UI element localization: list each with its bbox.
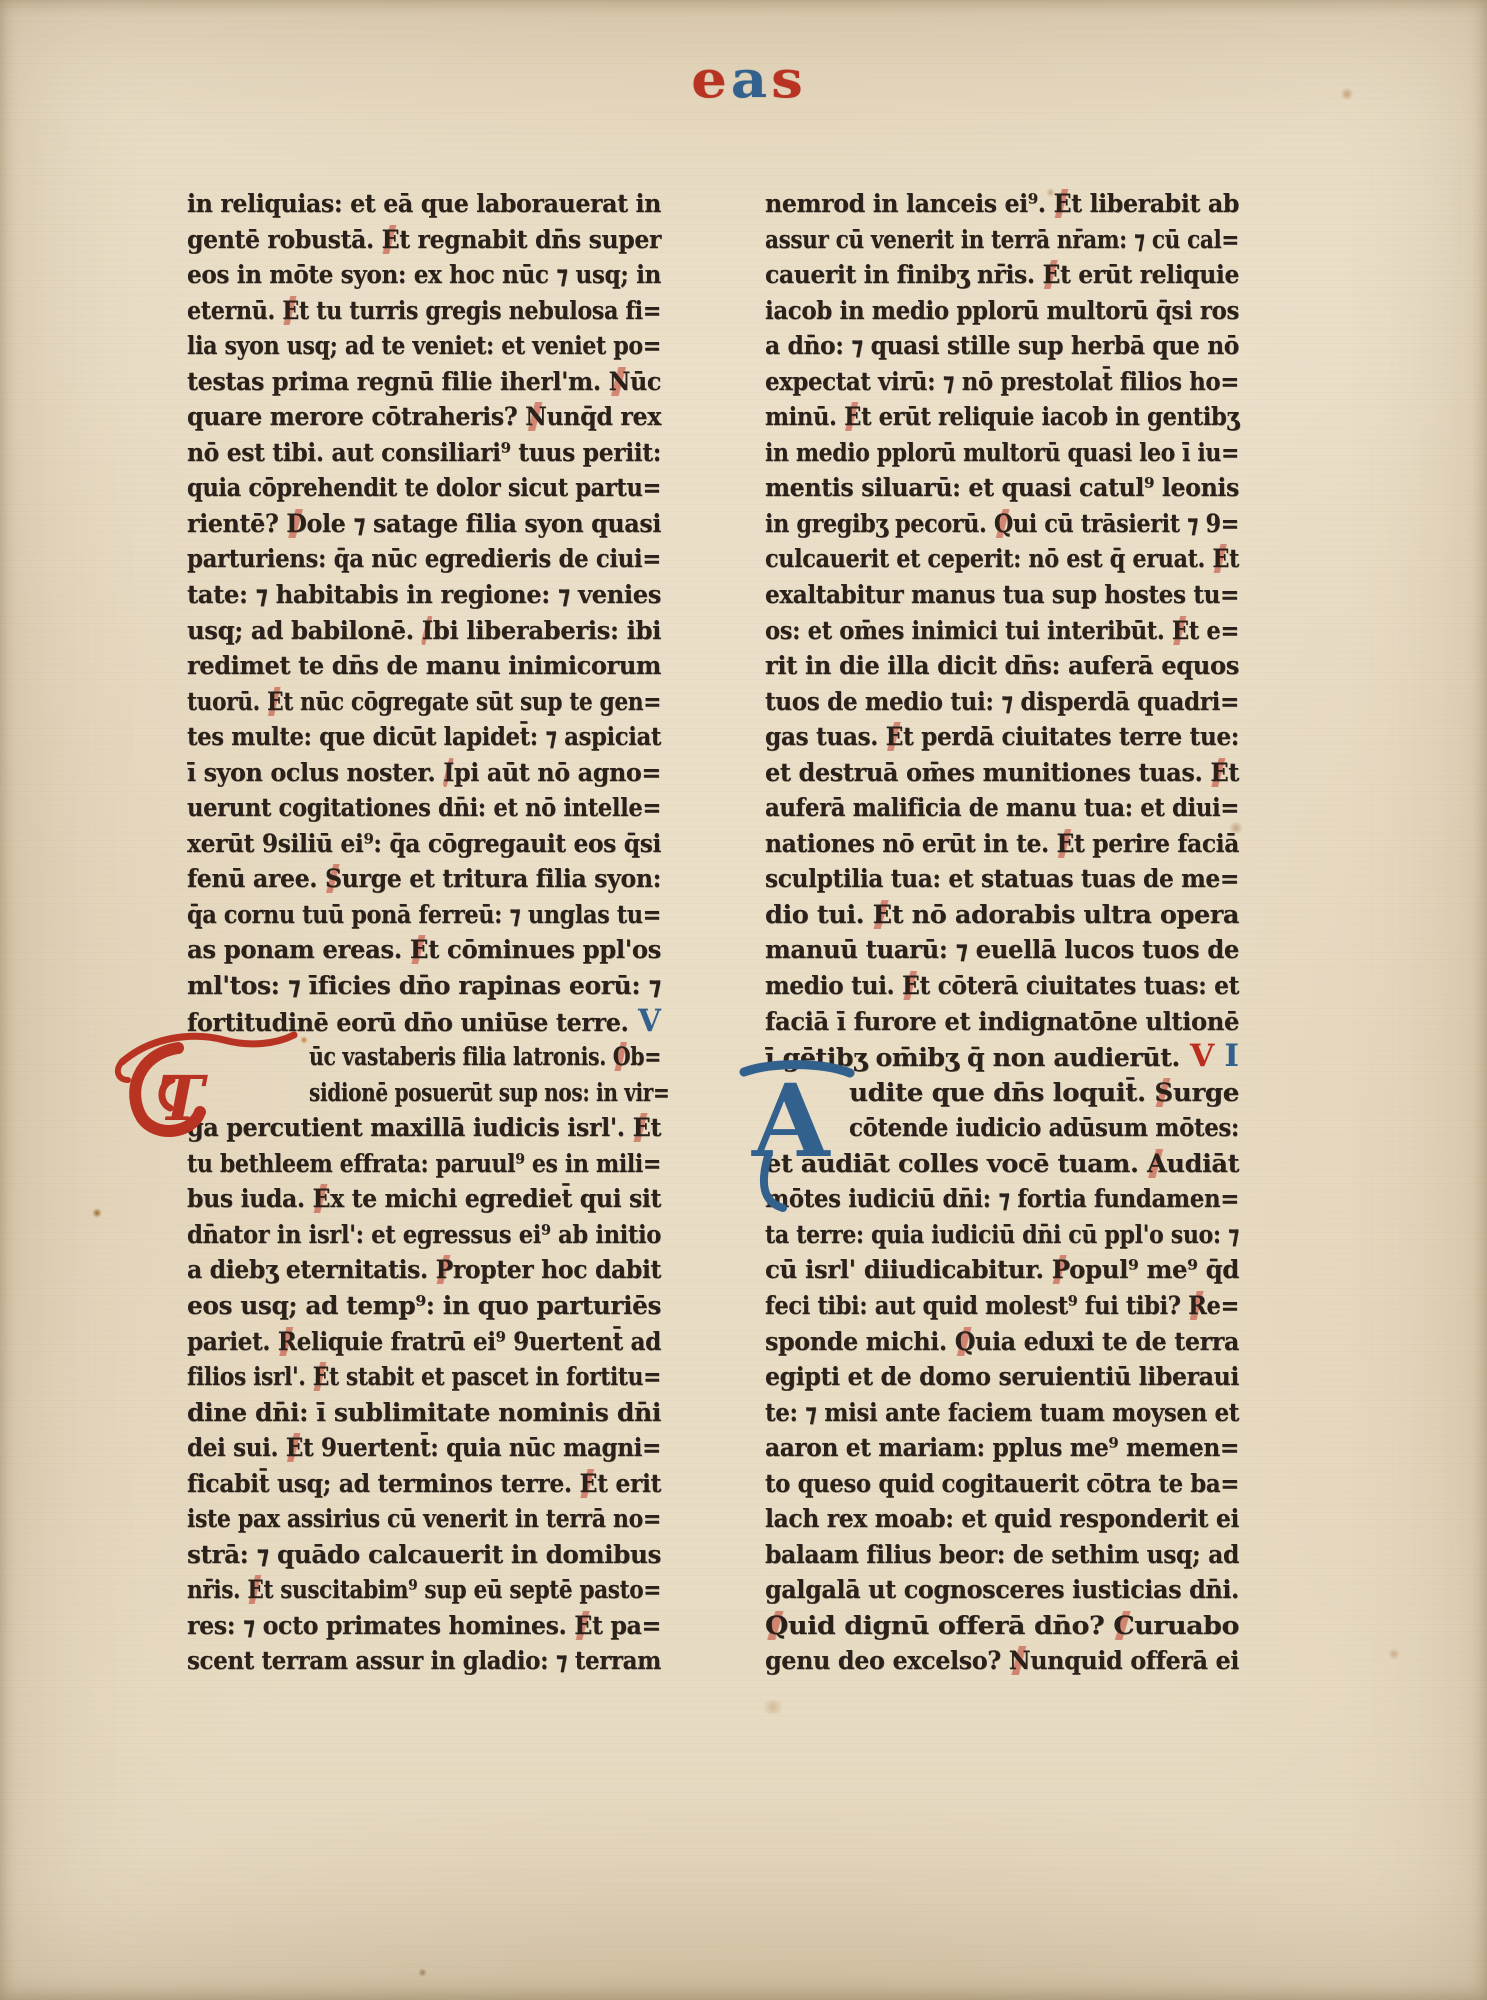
text-line: tuorū. Et nūc cōgregate sūt sup te gen= bbox=[187, 684, 661, 720]
rubricated-capital: E bbox=[382, 225, 400, 254]
text-line: in medio pplorū multorū quasi leo ī iu= bbox=[765, 435, 1239, 471]
rubricated-capital: E bbox=[633, 1113, 651, 1142]
text-line: iacob in medio pplorū multorū q̄si ros bbox=[765, 293, 1239, 329]
rubricated-capital: D bbox=[286, 509, 306, 538]
text-line: strā: ⁊ quādo calcauerit in domibus bbox=[187, 1537, 661, 1573]
text-line: ml'tos: ⁊ īficies dn̄o rapinas eorū: ⁊ bbox=[187, 968, 661, 1004]
text-line: auferā malificia de manu tua: et diui= bbox=[765, 790, 1239, 826]
text-line: nō est tibi. aut consiliari⁹ tuus periit… bbox=[187, 435, 661, 471]
text-line: ī syon oclus noster. Ipi aūt nō agno= bbox=[187, 755, 661, 791]
text-line: bus iuda. Ex te michi egrediet̄ qui sit bbox=[187, 1181, 661, 1217]
text-line: xerūt 9siliū ei⁹: q̄a cōgregauit eos q̄s… bbox=[187, 826, 661, 862]
text-line: q̄a cornu tuū ponā ferreū: ⁊ unglas tu= bbox=[187, 897, 661, 933]
chapter-numeral: V bbox=[638, 1003, 661, 1039]
text-line: culcauerit et ceperit: nō est q̄ eruat. … bbox=[765, 541, 1239, 577]
text-line: in reliquias: et eā que laborauerat in bbox=[187, 186, 661, 222]
text-line: tes multe: que dicūt lapidet̄: ⁊ aspicia… bbox=[187, 719, 661, 755]
rubricated-capital: E bbox=[886, 722, 903, 751]
text-line: quia cōprehendit te dolor sicut partu= bbox=[187, 470, 661, 506]
text-line: balaam filius beor: de sethim usq; ad bbox=[765, 1537, 1239, 1573]
rubricated-capital: N bbox=[525, 402, 546, 431]
rubricated-capital: Q bbox=[765, 1611, 788, 1640]
rubricated-capital: E bbox=[282, 296, 299, 325]
text-line: dio tui. Et nō adorabis ultra opera bbox=[765, 897, 1239, 933]
text-line: te: ⁊ misi ante faciem tuam moysen et bbox=[765, 1395, 1239, 1431]
rubricated-capital: E bbox=[1210, 758, 1228, 787]
text-line: minū. Et erūt reliquie iacob in gentibʒ bbox=[765, 399, 1239, 435]
text-line: aaron et mariam: pplus me⁹ memen= bbox=[765, 1430, 1239, 1466]
rubricated-capital: S bbox=[325, 864, 342, 893]
text-line: uerunt cogitationes dn̄i: et nō intelle= bbox=[187, 790, 661, 826]
text-line: nationes nō erūt in te. Et perire faciā bbox=[765, 826, 1239, 862]
text-line: as ponam ereas. Et cōminues ppl'os bbox=[187, 932, 661, 968]
running-head-letter: a bbox=[731, 54, 767, 106]
running-head-letter: e bbox=[691, 54, 727, 106]
text-line: Quid dignū offerā dn̄o? Curuabo bbox=[765, 1608, 1239, 1644]
text-line: expectat virū: ⁊ nō prestolat̄ filios ho… bbox=[765, 364, 1239, 400]
initial-letter: A bbox=[751, 1062, 831, 1180]
foxing-spot bbox=[1388, 1648, 1400, 1660]
foxing-spot bbox=[92, 1208, 102, 1218]
rubricated-capital: E bbox=[313, 1184, 331, 1213]
rubricated-capital: N bbox=[609, 367, 630, 396]
text-line: assur cū venerit in terrā nr̄am: ⁊ cū ca… bbox=[765, 222, 1239, 258]
text-line: lia syon usq; ad te veniet: et veniet po… bbox=[187, 328, 661, 364]
text-line: testas prima regnū filie iherl'm. Nūc bbox=[187, 364, 661, 400]
foxing-spot bbox=[1340, 88, 1354, 100]
text-line: rientē? Dole ⁊ satage filia syon quasi bbox=[187, 506, 661, 542]
text-line: dine dn̄i: ī sublimitate nominis dn̄i bbox=[187, 1395, 661, 1431]
foxing-spot bbox=[760, 1700, 786, 1714]
rubricated-capital: I bbox=[443, 758, 454, 787]
rubricated-capital: A bbox=[1147, 1149, 1166, 1178]
text-line: sculptilia tua: et statuas tuas de me= bbox=[765, 861, 1239, 897]
rubricated-capital: N bbox=[1009, 1646, 1030, 1675]
rubricated-capital: P bbox=[1052, 1255, 1069, 1284]
text-line: quare merore cōtraheris? Nunq̄d rex bbox=[187, 399, 661, 435]
text-line: mentis siluarū: et quasi catul⁹ leonis bbox=[765, 470, 1239, 506]
text-line: eos usq; ad temp⁹: in quo parturiēs bbox=[187, 1288, 661, 1324]
text-line: usq; ad babilonē. Ibi liberaberis: ibi bbox=[187, 613, 661, 649]
text-line: pariet. Reliquie fratrū ei⁹ 9uertent̄ ad bbox=[187, 1324, 661, 1360]
text-line: et destruā om̄es munitiones tuas. Et bbox=[765, 755, 1239, 791]
rubricated-capital: Q bbox=[955, 1327, 975, 1356]
running-head: eas bbox=[672, 48, 822, 112]
text-line: nemrod in lanceis ei⁹. Et liberabit ab bbox=[765, 186, 1239, 222]
text-line: in gregibʒ pecorū. Qui cū trāsierit ⁊ 9= bbox=[765, 506, 1239, 542]
foxing-spot bbox=[418, 1968, 427, 1977]
text-line: feci tibi: aut quid molest⁹ fui tibi? Re… bbox=[765, 1288, 1239, 1324]
text-line: iste pax assirius cū venerit in terrā no… bbox=[187, 1501, 661, 1537]
rubricated-capital: E bbox=[1212, 544, 1229, 573]
rubricated-capital: R bbox=[278, 1327, 297, 1356]
chapter-initial-A: A bbox=[738, 1056, 858, 1216]
text-column-right: nemrod in lanceis ei⁹. Et liberabit abas… bbox=[765, 186, 1239, 1679]
text-line: fenū aree. Surge et tritura filia syon: bbox=[187, 861, 661, 897]
text-line: nr̄is. Et suscitabim⁹ sup eū septē pasto… bbox=[187, 1572, 661, 1608]
text-line: dn̄ator in isrl': et egressus ei⁹ ab ini… bbox=[187, 1217, 661, 1253]
text-line: tu bethleem effrata: paruul⁹ es in mili= bbox=[187, 1146, 661, 1182]
text-line: os: et om̄es inimici tui interibūt. Et e… bbox=[765, 613, 1239, 649]
text-line: a diebʒ eternitatis. Propter hoc dabit bbox=[187, 1252, 661, 1288]
chapter-numeral: I bbox=[1224, 1038, 1239, 1074]
rubricated-capital: E bbox=[313, 1362, 329, 1391]
bible-leaf-page: eas in reliquias: et eā que laborauerat … bbox=[0, 0, 1487, 2000]
rubricated-capital: E bbox=[580, 1469, 598, 1498]
text-column-left: in reliquias: et eā que laborauerat inge… bbox=[187, 186, 661, 1679]
rubricated-capital: E bbox=[410, 935, 428, 964]
text-line: dei sui. Et 9uertent̄: quia nūc magni= bbox=[187, 1430, 661, 1466]
rubricated-capital: E bbox=[1172, 616, 1189, 645]
text-line: cū isrl' diiudicabitur. Popul⁹ me⁹ q̄d bbox=[765, 1252, 1239, 1288]
text-line: faciā ī furore et indignatōne ultionē bbox=[765, 1004, 1239, 1040]
rubricated-capital: Q bbox=[994, 509, 1013, 538]
text-line: ficabit̄ usq; ad terminos terre. Et erit bbox=[187, 1466, 661, 1502]
text-line: cauerit in finibʒ nr̄is. Et erūt reliqui… bbox=[765, 257, 1239, 293]
text-line: medio tui. Et cōterā ciuitates tuas: et bbox=[765, 968, 1239, 1004]
text-line: lach rex moab: et quid responderit ei bbox=[765, 1501, 1239, 1537]
rubricated-capital: E bbox=[902, 971, 919, 1000]
rubricated-capital: E bbox=[1057, 829, 1074, 858]
rubricated-capital: E bbox=[844, 402, 861, 431]
running-head-letter: s bbox=[771, 54, 803, 106]
text-line: scent terram assur in gladio: ⁊ terram bbox=[187, 1643, 661, 1679]
rubricated-capital: S bbox=[1154, 1078, 1172, 1107]
text-line: manuū tuarū: ⁊ euellā lucos tuos de bbox=[765, 932, 1239, 968]
text-line: filios isrl'. Et stabit et pascet in for… bbox=[187, 1359, 661, 1395]
rubricated-capital: E bbox=[1053, 189, 1071, 218]
chapter-numeral: V bbox=[1190, 1038, 1214, 1074]
text-line: a dn̄o: ⁊ quasi stille sup herbā que nō bbox=[765, 328, 1239, 364]
text-line: redimet te dn̄s de manu inimicorum bbox=[187, 648, 661, 684]
text-line: ta terre: quia iudiciū dn̄i cū ppl'o suo… bbox=[765, 1217, 1239, 1253]
rubricated-capital: E bbox=[286, 1433, 303, 1462]
text-line: to queso quid cogitauerit cōtra te ba= bbox=[765, 1466, 1239, 1502]
initial-letter: T bbox=[158, 1062, 208, 1135]
text-line: exaltabitur manus tua sup hostes tu= bbox=[765, 577, 1239, 613]
rubricated-capital: E bbox=[574, 1611, 592, 1640]
rubricated-capital: C bbox=[1113, 1611, 1134, 1640]
rubricated-capital: P bbox=[436, 1255, 453, 1284]
text-line: egipti et de domo seruientiū liberaui bbox=[765, 1359, 1239, 1395]
text-line: rit in die illa dicit dn̄s: auferā equos bbox=[765, 648, 1239, 684]
text-line: parturiens: q̄a nūc egredieris de ciui= bbox=[187, 541, 661, 577]
rubricated-capital: E bbox=[247, 1575, 263, 1604]
rubricated-capital: I bbox=[422, 616, 433, 645]
text-line: gas tuas. Et perdā ciuitates terre tue: bbox=[765, 719, 1239, 755]
text-line: sponde michi. Quia eduxi te de terra bbox=[765, 1324, 1239, 1360]
rubricated-capital: R bbox=[1188, 1291, 1206, 1320]
text-line: galgalā ut cognosceres iusticias dn̄i. bbox=[765, 1572, 1239, 1608]
rubricated-capital: E bbox=[873, 900, 892, 929]
text-line: res: ⁊ octo primates homines. Et pa= bbox=[187, 1608, 661, 1644]
text-line: gentē robustā. Et regnabit dn̄s super bbox=[187, 222, 661, 258]
rubricated-capital: E bbox=[267, 687, 283, 716]
rubricated-capital: O bbox=[613, 1042, 630, 1071]
text-line: eos in mōte syon: ex hoc nūc ⁊ usq; in bbox=[187, 257, 661, 293]
text-line: tuos de medio tui: ⁊ disperdā quadri= bbox=[765, 684, 1239, 720]
text-line: tate: ⁊ habitabis in regione: ⁊ venies bbox=[187, 577, 661, 613]
text-line: genu deo excelso? Nunquid offerā ei bbox=[765, 1643, 1239, 1679]
chapter-initial-T: T bbox=[112, 1022, 302, 1142]
text-line: eternū. Et tu turris gregis nebulosa fi= bbox=[187, 293, 661, 329]
rubricated-capital: E bbox=[1042, 260, 1059, 289]
